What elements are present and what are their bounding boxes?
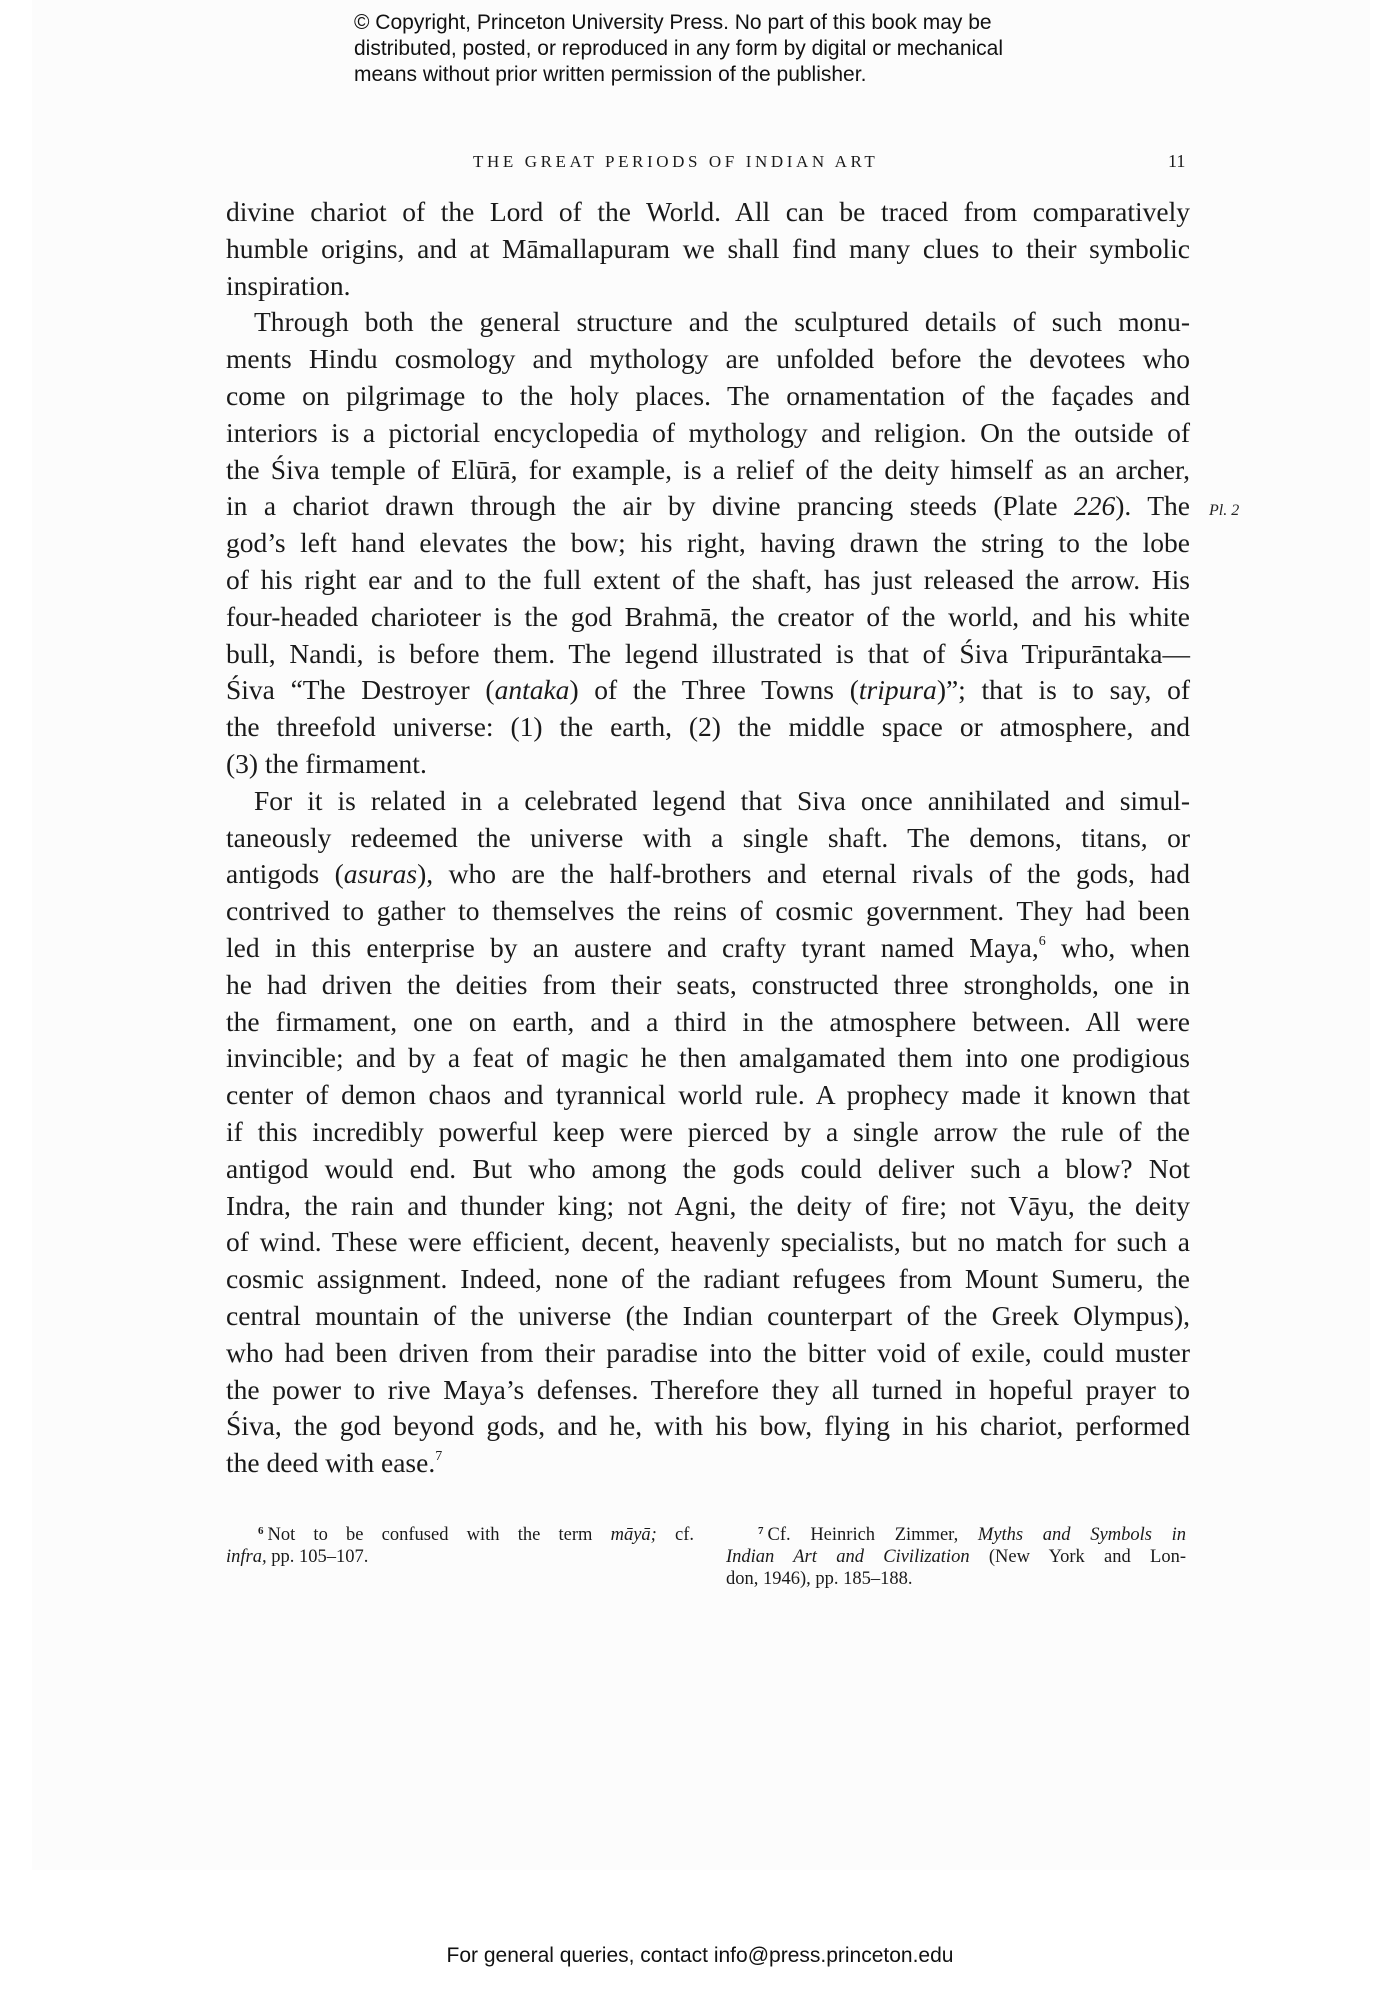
plate-reference: 226 [1074, 490, 1115, 521]
footnote-7: 7Cf. Heinrich Zimmer, Myths and Symbols … [726, 1520, 1186, 1590]
footnote-mark: 7 [758, 1525, 764, 1537]
text-line: the threefold universe: (1) the earth, (… [226, 709, 1190, 746]
body-text: divine chariot of the Lord of the World.… [226, 194, 1190, 1482]
book-title: Indian Art and Civilization [726, 1547, 970, 1567]
text-line: inspiration. [226, 268, 1190, 305]
text-line: interiors is a pictorial encyclopedia of… [226, 415, 1190, 452]
text-run: Śiva “The Destroyer ( [226, 674, 495, 705]
text-run: antigods ( [226, 858, 344, 889]
footnote-mark: 6 [258, 1525, 264, 1537]
text-line: Śiva, the god beyond gods, and he, with … [226, 1408, 1190, 1445]
text-line: taneously redeemed the universe with a s… [226, 820, 1190, 857]
footnote-line: 7Cf. Heinrich Zimmer, Myths and Symbols … [726, 1520, 1186, 1546]
italic-term: tripura [859, 674, 937, 705]
footnote-ref-6[interactable]: 6 [1039, 934, 1046, 949]
text-run: pp. 105–107. [267, 1547, 369, 1567]
text-line: four-headed charioteer is the god Brahmā… [226, 599, 1190, 636]
text-line: come on pilgrimage to the holy places. T… [226, 378, 1190, 415]
text-line: antigod would end. But who among the god… [226, 1151, 1190, 1188]
text-run: the deed with ease. [226, 1447, 435, 1478]
text-line: god’s left hand elevates the bow; his ri… [226, 525, 1190, 562]
footnote-line: don, 1946), pp. 185–188. [726, 1568, 1186, 1590]
text-run: ). The [1115, 490, 1190, 521]
text-line: who had been driven from their paradise … [226, 1335, 1190, 1372]
text-line: if this incredibly powerful keep were pi… [226, 1114, 1190, 1151]
text-line: in a chariot drawn through the air by di… [226, 488, 1190, 525]
text-line: he had driven the deities from their sea… [226, 967, 1190, 1004]
italic-term: antaka [495, 674, 570, 705]
text-line: the firmament, one on earth, and a third… [226, 1004, 1190, 1041]
footnote-6: 6Not to be confused with the term māyā; … [226, 1520, 694, 1568]
text-run: ) of the Three Towns ( [569, 674, 858, 705]
italic-term: infra, [226, 1547, 267, 1567]
text-line: antigods (asuras), who are the half-brot… [226, 856, 1190, 893]
plate-margin-note: Pl. 2 [1209, 502, 1239, 520]
contact-footer: For general queries, contact info@press.… [0, 1944, 1400, 1968]
text-line: divine chariot of the Lord of the World.… [226, 194, 1190, 231]
text-line: the deed with ease.7 [226, 1445, 1190, 1482]
text-line: bull, Nandi, is before them. The legend … [226, 636, 1190, 673]
text-run: Cf. Heinrich Zimmer, [768, 1525, 978, 1545]
text-line: of wind. These were efficient, decent, h… [226, 1224, 1190, 1261]
text-run: (New York and Lon- [970, 1547, 1186, 1567]
text-run: Not to be confused with the term [268, 1525, 611, 1545]
text-run: cf. [657, 1525, 694, 1545]
copyright-line: © Copyright, Princeton University Press.… [354, 10, 1114, 36]
footnote-line: 6Not to be confused with the term māyā; … [226, 1520, 694, 1546]
text-line: invincible; and by a feat of magic he th… [226, 1040, 1190, 1077]
text-line: (3) the firmament. [226, 746, 1190, 783]
italic-term: māyā; [611, 1525, 657, 1545]
text-run: who, when [1046, 932, 1190, 963]
copyright-line: means without prior written permission o… [354, 62, 1114, 88]
copyright-notice: © Copyright, Princeton University Press.… [354, 10, 1114, 88]
text-run: in a chariot drawn through the air by di… [226, 490, 1074, 521]
book-title: Myths and Symbols in [978, 1525, 1186, 1545]
text-line: Indra, the rain and thunder king; not Ag… [226, 1188, 1190, 1225]
text-line: Śiva “The Destroyer (antaka) of the Thre… [226, 672, 1190, 709]
italic-term: asuras [344, 858, 417, 889]
footnote-line: infra, pp. 105–107. [226, 1546, 694, 1568]
text-line: central mountain of the universe (the In… [226, 1298, 1190, 1335]
text-line: contrived to gather to themselves the re… [226, 893, 1190, 930]
text-line: the power to rive Maya’s defenses. There… [226, 1372, 1190, 1409]
text-line: cosmic assignment. Indeed, none of the r… [226, 1261, 1190, 1298]
running-head: THE GREAT PERIODS OF INDIAN ART [473, 152, 878, 172]
text-line: humble origins, and at Māmallapuram we s… [226, 231, 1190, 268]
page-number: 11 [1168, 151, 1185, 172]
paragraph-start-line: Through both the general structure and t… [226, 304, 1190, 341]
text-run: )”; that is to say, of [937, 674, 1190, 705]
footnote-line: Indian Art and Civilization (New York an… [726, 1546, 1186, 1568]
footnote-ref-7[interactable]: 7 [435, 1449, 442, 1464]
text-run: led in this enterprise by an austere and… [226, 932, 1039, 963]
text-line: ments Hindu cosmology and mythology are … [226, 341, 1190, 378]
text-run: ), who are the half-brothers and eternal… [417, 858, 1190, 889]
text-line: led in this enterprise by an austere and… [226, 930, 1190, 967]
text-line: the Śiva temple of Elūrā, for example, i… [226, 452, 1190, 489]
text-line: center of demon chaos and tyrannical wor… [226, 1077, 1190, 1114]
copyright-line: distributed, posted, or reproduced in an… [354, 36, 1114, 62]
paragraph-start-line: For it is related in a celebrated legend… [226, 783, 1190, 820]
text-line: of his right ear and to the full extent … [226, 562, 1190, 599]
